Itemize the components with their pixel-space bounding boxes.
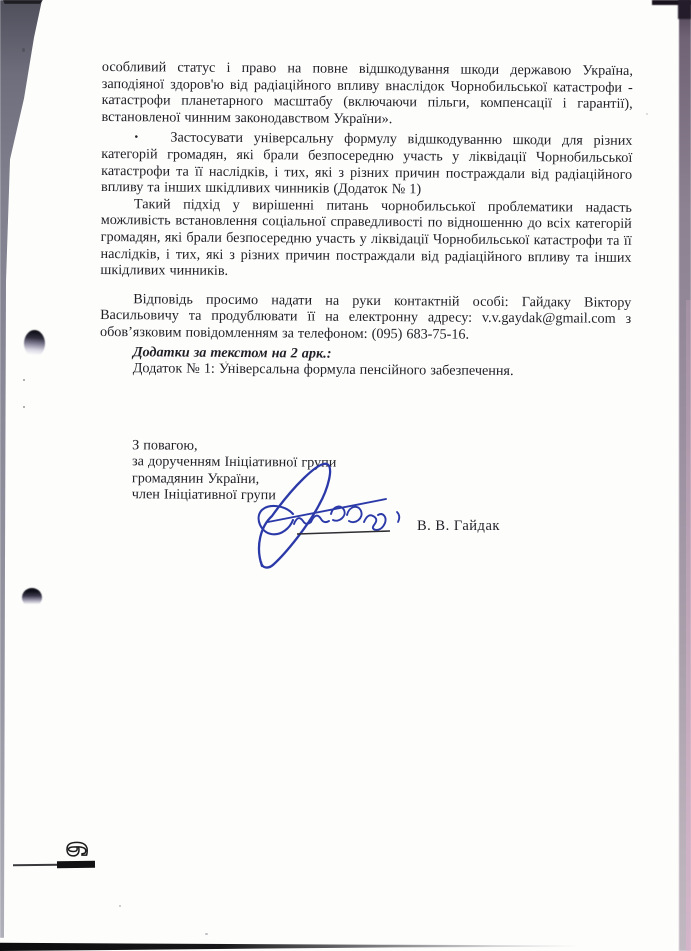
- scan-artifact-bottom-edge: [0, 941, 580, 951]
- hole-punch-top: [24, 330, 45, 357]
- hole-punch-bottom: [22, 588, 42, 607]
- scan-artifact-left-edge: [0, 0, 46, 938]
- scan-artifact-right-pink-line: [686, 300, 691, 951]
- paragraph-bullet-formula: •Застосувати універсальну формулу відшко…: [101, 129, 632, 199]
- scan-artifact-top-right-corner: [678, 0, 691, 19]
- signature-ink: [245, 452, 417, 580]
- scan-speck: [23, 379, 25, 381]
- bullet-text: Застосувати універсальну формулу відшкод…: [101, 130, 632, 198]
- scan-speck: [646, 113, 648, 115]
- signer-name: В. В. Гайдак: [417, 518, 500, 535]
- scan-speck: [23, 406, 25, 408]
- scan-speck: [22, 48, 25, 52]
- signature-underline: [297, 531, 390, 534]
- scan-speck: [205, 933, 208, 935]
- paragraph-approach: Такий підхід у вирішенні питань чорнобил…: [100, 196, 632, 283]
- attachment-item: Додаток № 1: Універсальна формула пенсій…: [133, 360, 631, 380]
- scan-artifact-top-left-corner: [3, 0, 43, 4]
- scan-speck: [119, 905, 121, 907]
- letter-body: особливий статус і право на повне відшко…: [99, 59, 633, 507]
- page-number-line-thin: [13, 864, 59, 866]
- scanned-letter-page: особливий статус і право на повне відшко…: [0, 0, 691, 951]
- paragraph-response-contact: Відповідь просимо надати на руки контакт…: [100, 291, 631, 345]
- page-number-line-thick: [57, 860, 95, 867]
- paragraph-compensation: особливий статус і право на повне відшко…: [102, 59, 633, 129]
- bullet-marker: •: [134, 130, 170, 147]
